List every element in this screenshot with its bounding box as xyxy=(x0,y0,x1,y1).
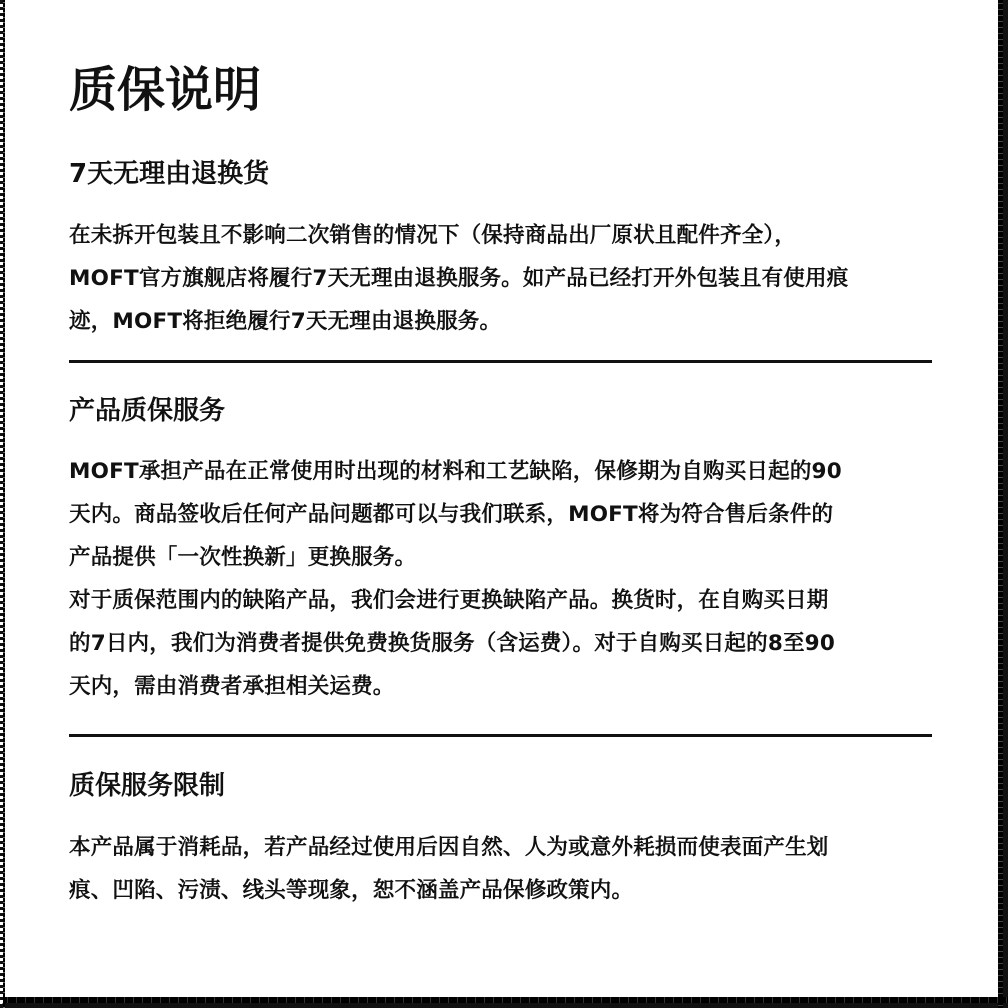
section-heading-product-warranty: 产品质保服务 xyxy=(69,394,225,428)
paragraph-line: 本产品属于消耗品，若产品经过使用后因自然、人为或意外耗损而使表面产生划 xyxy=(69,826,829,869)
section-divider xyxy=(69,734,932,737)
paragraph-line: 痕、凹陷、污渍、线头等现象，恕不涵盖产品保修政策内。 xyxy=(69,869,829,912)
section-paragraph-exchange-shipping: 对于质保范围内的缺陷产品，我们会进行更换缺陷产品。换货时，在自购买日期 的7日内… xyxy=(69,579,835,708)
section-heading-warranty-limitations: 质保服务限制 xyxy=(69,769,225,803)
page-title: 质保说明 xyxy=(69,58,261,122)
scan-edge-bottom xyxy=(3,997,1008,1003)
paragraph-line: 天内。商品签收后任何产品问题都可以与我们联系，MOFT将为符合售后条件的 xyxy=(69,493,842,536)
paragraph-line: MOFT官方旗舰店将履行7天无理由退换服务。如产品已经打开外包装且有使用痕 xyxy=(69,257,848,300)
section-paragraph-7-day-return: 在未拆开包装且不影响二次销售的情况下（保持商品出厂原状且配件齐全）， MOFT官… xyxy=(69,214,848,343)
paragraph-line: 的7日内，我们为消费者提供免费换货服务（含运费）。对于自购买日起的8至90 xyxy=(69,622,835,665)
section-paragraph-limitations: 本产品属于消耗品，若产品经过使用后因自然、人为或意外耗损而使表面产生划 痕、凹陷… xyxy=(69,826,829,912)
scan-edge-right xyxy=(998,0,1003,1008)
paragraph-line: 对于质保范围内的缺陷产品，我们会进行更换缺陷产品。换货时，在自购买日期 xyxy=(69,579,835,622)
section-heading-7-day-return: 7天无理由退换货 xyxy=(69,157,269,191)
paragraph-line: MOFT承担产品在正常使用时出现的材料和工艺缺陷，保修期为自购买日起的90 xyxy=(69,450,842,493)
paragraph-line: 天内，需由消费者承担相关运费。 xyxy=(69,665,835,708)
scan-edge-left xyxy=(3,0,5,1008)
paragraph-line: 迹，MOFT将拒绝履行7天无理由退换服务。 xyxy=(69,300,848,343)
paragraph-line: 产品提供「一次性换新」更换服务。 xyxy=(69,536,842,579)
section-paragraph-warranty-coverage: MOFT承担产品在正常使用时出现的材料和工艺缺陷，保修期为自购买日起的90 天内… xyxy=(69,450,842,579)
document-page: 质保说明 7天无理由退换货 在未拆开包装且不影响二次销售的情况下（保持商品出厂原… xyxy=(0,0,1008,1008)
paragraph-line: 在未拆开包装且不影响二次销售的情况下（保持商品出厂原状且配件齐全）， xyxy=(69,214,848,257)
section-divider xyxy=(69,360,932,363)
